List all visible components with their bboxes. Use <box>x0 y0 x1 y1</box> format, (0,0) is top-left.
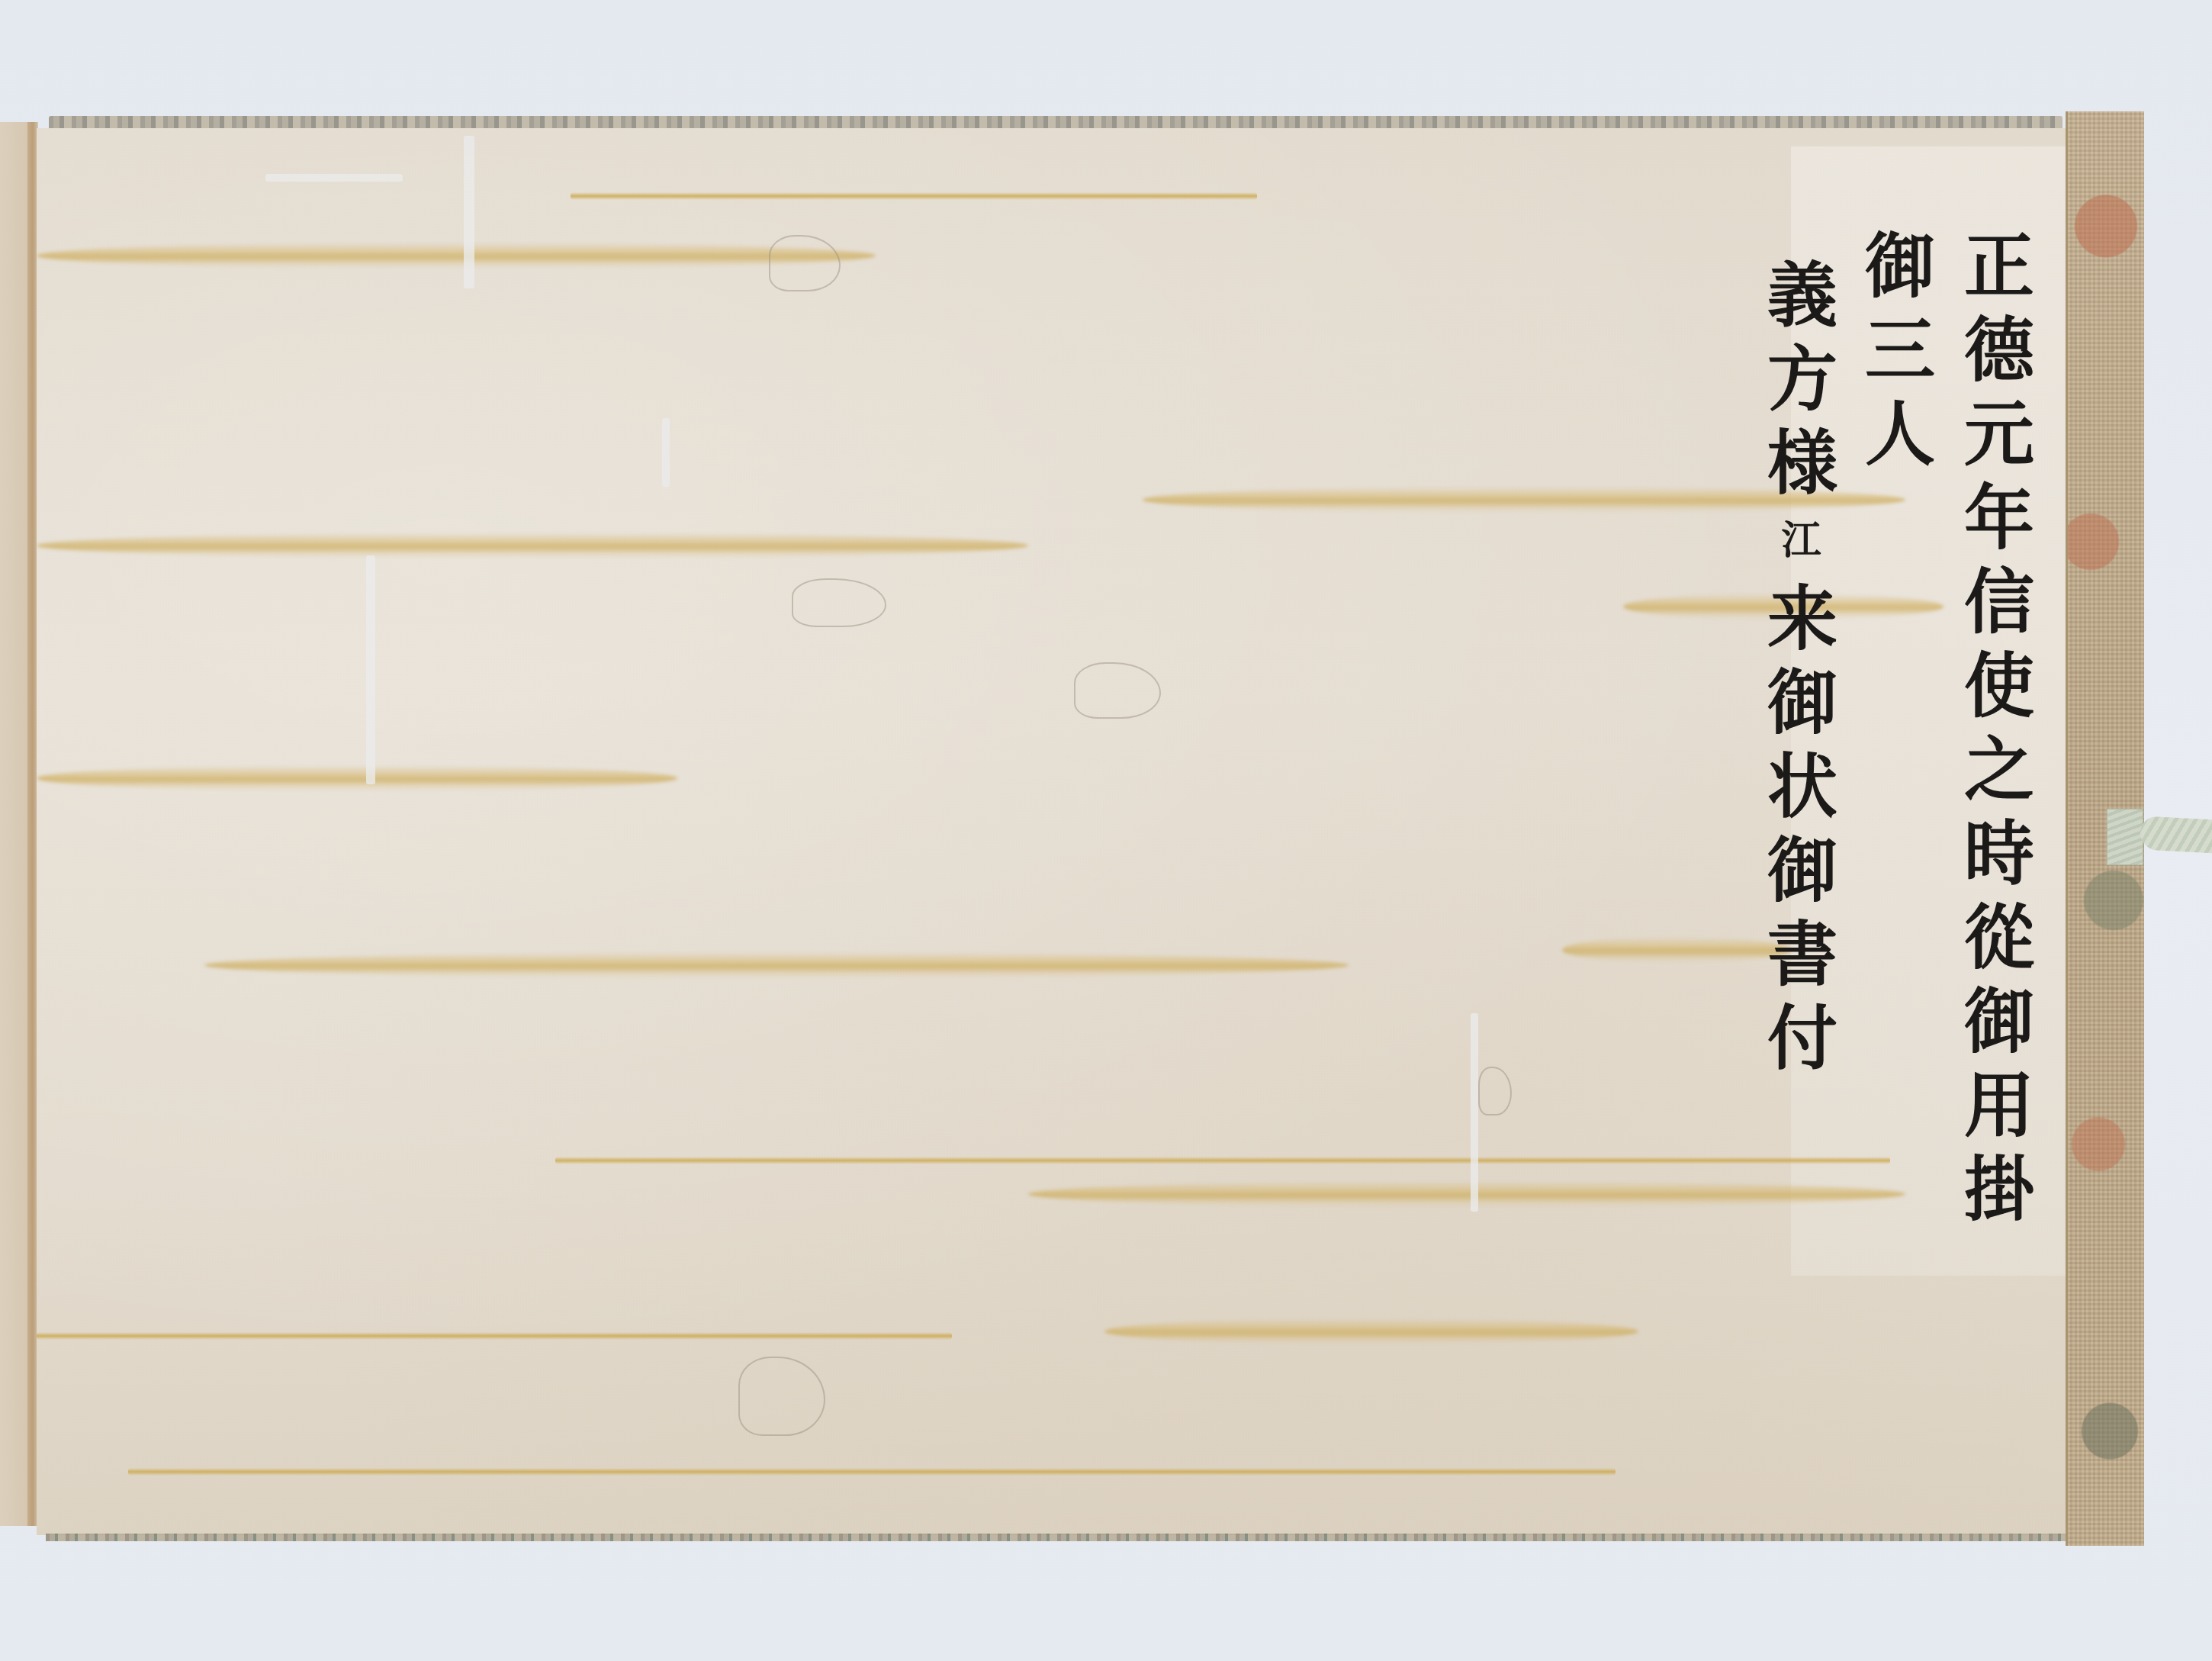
inscription-column-3: 義方様江来御状御書付 <box>1762 258 1832 1085</box>
gold-streak <box>37 765 677 791</box>
gold-streak <box>37 243 876 269</box>
paper-stain <box>1478 1067 1512 1115</box>
paper-crack <box>366 555 375 784</box>
paper-crack <box>464 136 474 288</box>
tie-cord-tab <box>2107 809 2143 865</box>
inscription-column-3-small-kana: 江 <box>1774 519 1821 572</box>
paper-crack <box>1471 1013 1478 1212</box>
gold-streak <box>1028 1181 1905 1207</box>
paper-stain <box>792 578 886 627</box>
scroll-bottom-border <box>46 1534 2067 1541</box>
gold-streak <box>37 533 1028 558</box>
inscription-column-3-part-1: 義方様 <box>1756 258 1838 510</box>
paper-crack <box>265 174 403 182</box>
paper-stain <box>769 235 841 291</box>
gold-streak <box>1104 1318 1638 1344</box>
gold-streak <box>571 192 1257 200</box>
gold-streak <box>555 1157 1890 1164</box>
inscription-column-3-part-2: 来御状御書付 <box>1756 581 1838 1085</box>
gold-streak <box>37 1332 952 1340</box>
paper-stain <box>738 1357 825 1436</box>
inscription-column-2: 御三人 <box>1860 229 1930 481</box>
inscription-column-1: 正德元年信使之時從御用掛 <box>1959 229 2029 1236</box>
paper-crack <box>662 418 670 487</box>
paper-stain <box>1074 662 1161 719</box>
gold-streak <box>128 1468 1616 1476</box>
gold-streak <box>204 952 1349 978</box>
scroll-paper: 正德元年信使之時從御用掛 御三人 義方様江来御状御書付 <box>37 128 2066 1535</box>
tie-cord[interactable] <box>2140 816 2212 853</box>
